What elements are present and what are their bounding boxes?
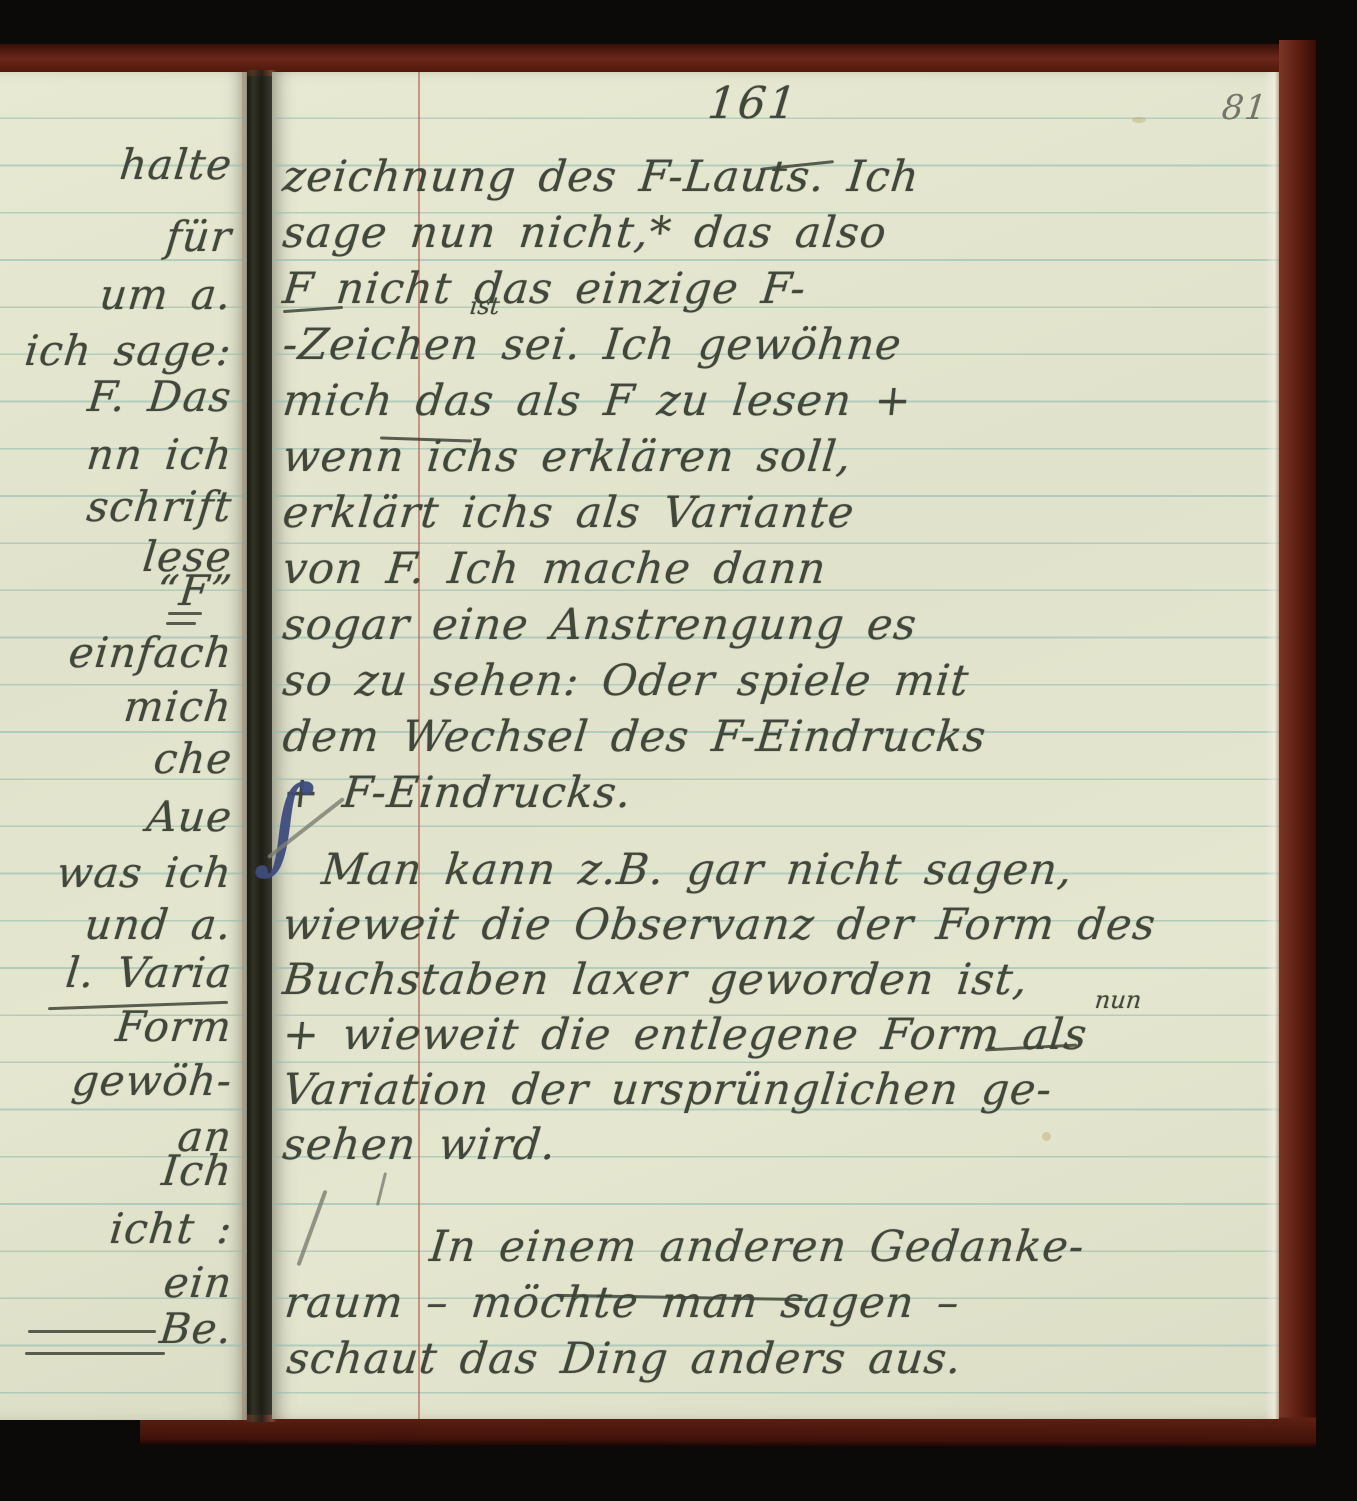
strikethrough-stroke — [28, 1330, 156, 1333]
handwritten-fragment: schrift — [84, 482, 234, 531]
handwritten-fragment: Be. — [157, 1304, 234, 1353]
handwritten-line: Variation der ursprünglichen ge- — [280, 1065, 1054, 1115]
handwritten-line: raum – möchte man sagen – — [282, 1278, 962, 1328]
paper-stain — [1042, 1132, 1051, 1141]
paper-stain — [1132, 117, 1146, 123]
handwritten-line: zeichnung des F-Lauts. Ich — [280, 152, 922, 202]
page-edge-highlight — [1265, 72, 1279, 1419]
handwritten-fragment: um a. — [98, 270, 235, 319]
handwritten-fragment: nn ich — [84, 430, 235, 479]
handwritten-line: Man kann z.B. gar nicht sagen, — [319, 845, 1075, 895]
handwritten-fragment: für — [164, 212, 235, 261]
handwritten-line: sogar eine Anstrengung es — [280, 600, 919, 650]
handwritten-line: sage nun nicht,* das also — [280, 208, 889, 258]
page-number: 161 — [705, 78, 800, 129]
handwritten-fragment: einfach — [66, 628, 235, 677]
handwritten-line: von F. Ich mache dann — [280, 544, 829, 594]
handwritten-line: In einem anderen Gedanke- — [427, 1222, 1087, 1272]
handwritten-fragment: “F” — [154, 566, 234, 615]
handwritten-line: F nicht das einzige F- — [280, 264, 808, 314]
handwritten-fragment: ich sage: — [23, 326, 235, 375]
handwritten-fragment: Aue — [144, 792, 234, 841]
double-underline-stroke — [166, 622, 196, 625]
handwritten-line: schaut das Ding anders aus. — [284, 1334, 964, 1384]
handwritten-line: -Zeichen sei. Ich gewöhne — [280, 320, 904, 370]
handwritten-line: Buchstaben laxer geworden ist, — [280, 955, 1030, 1005]
handwritten-line: + F-Eindrucks. — [280, 768, 634, 818]
leather-binding-right — [1279, 40, 1316, 1430]
handwritten-line: erklärt ichs als Variante — [280, 488, 857, 538]
interlinear-insertion: ist — [469, 292, 502, 320]
handwritten-fragment: gewöh- — [69, 1056, 234, 1105]
handwritten-line: + wieweit die entlegene Form als — [280, 1010, 1090, 1060]
handwritten-fragment: und a. — [83, 900, 235, 949]
handwritten-line: wenn ichs erklären soll, — [280, 432, 854, 482]
handwritten-fragment: Ich — [159, 1146, 234, 1195]
handwritten-line: dem Wechsel des F-Eindrucks — [280, 712, 988, 762]
handwritten-fragment: Form — [113, 1002, 234, 1051]
handwritten-fragment: F. Das — [86, 372, 235, 421]
leather-binding-bottom — [140, 1414, 1316, 1447]
notebook-scan: 161 81 zeichnung des F-Lauts. Ich sage n… — [0, 0, 1357, 1501]
handwritten-fragment: halte — [117, 140, 234, 189]
left-page-text: halte für um a. ich sage: F. Das nn ich … — [0, 0, 240, 1501]
handwritten-line: mich das als F zu lesen + — [280, 376, 914, 426]
handwritten-fragment: l. Varia — [63, 948, 234, 997]
handwritten-fragment: mich — [122, 682, 235, 731]
handwritten-fragment: was ich — [55, 848, 235, 897]
handwritten-fragment: icht : — [107, 1204, 235, 1253]
handwritten-line: sehen wird. — [280, 1120, 559, 1170]
underline-stroke — [25, 1352, 165, 1355]
handwritten-line: wieweit die Observanz der Form des — [280, 900, 1158, 950]
folio-number: 81 — [1220, 88, 1269, 128]
double-underline-stroke — [168, 612, 202, 615]
handwritten-fragment: ein — [161, 1258, 234, 1307]
handwritten-line: so zu sehen: Oder spiele mit — [280, 656, 971, 706]
interlinear-insertion: nun — [1094, 986, 1143, 1014]
handwritten-fragment: che — [151, 734, 235, 783]
